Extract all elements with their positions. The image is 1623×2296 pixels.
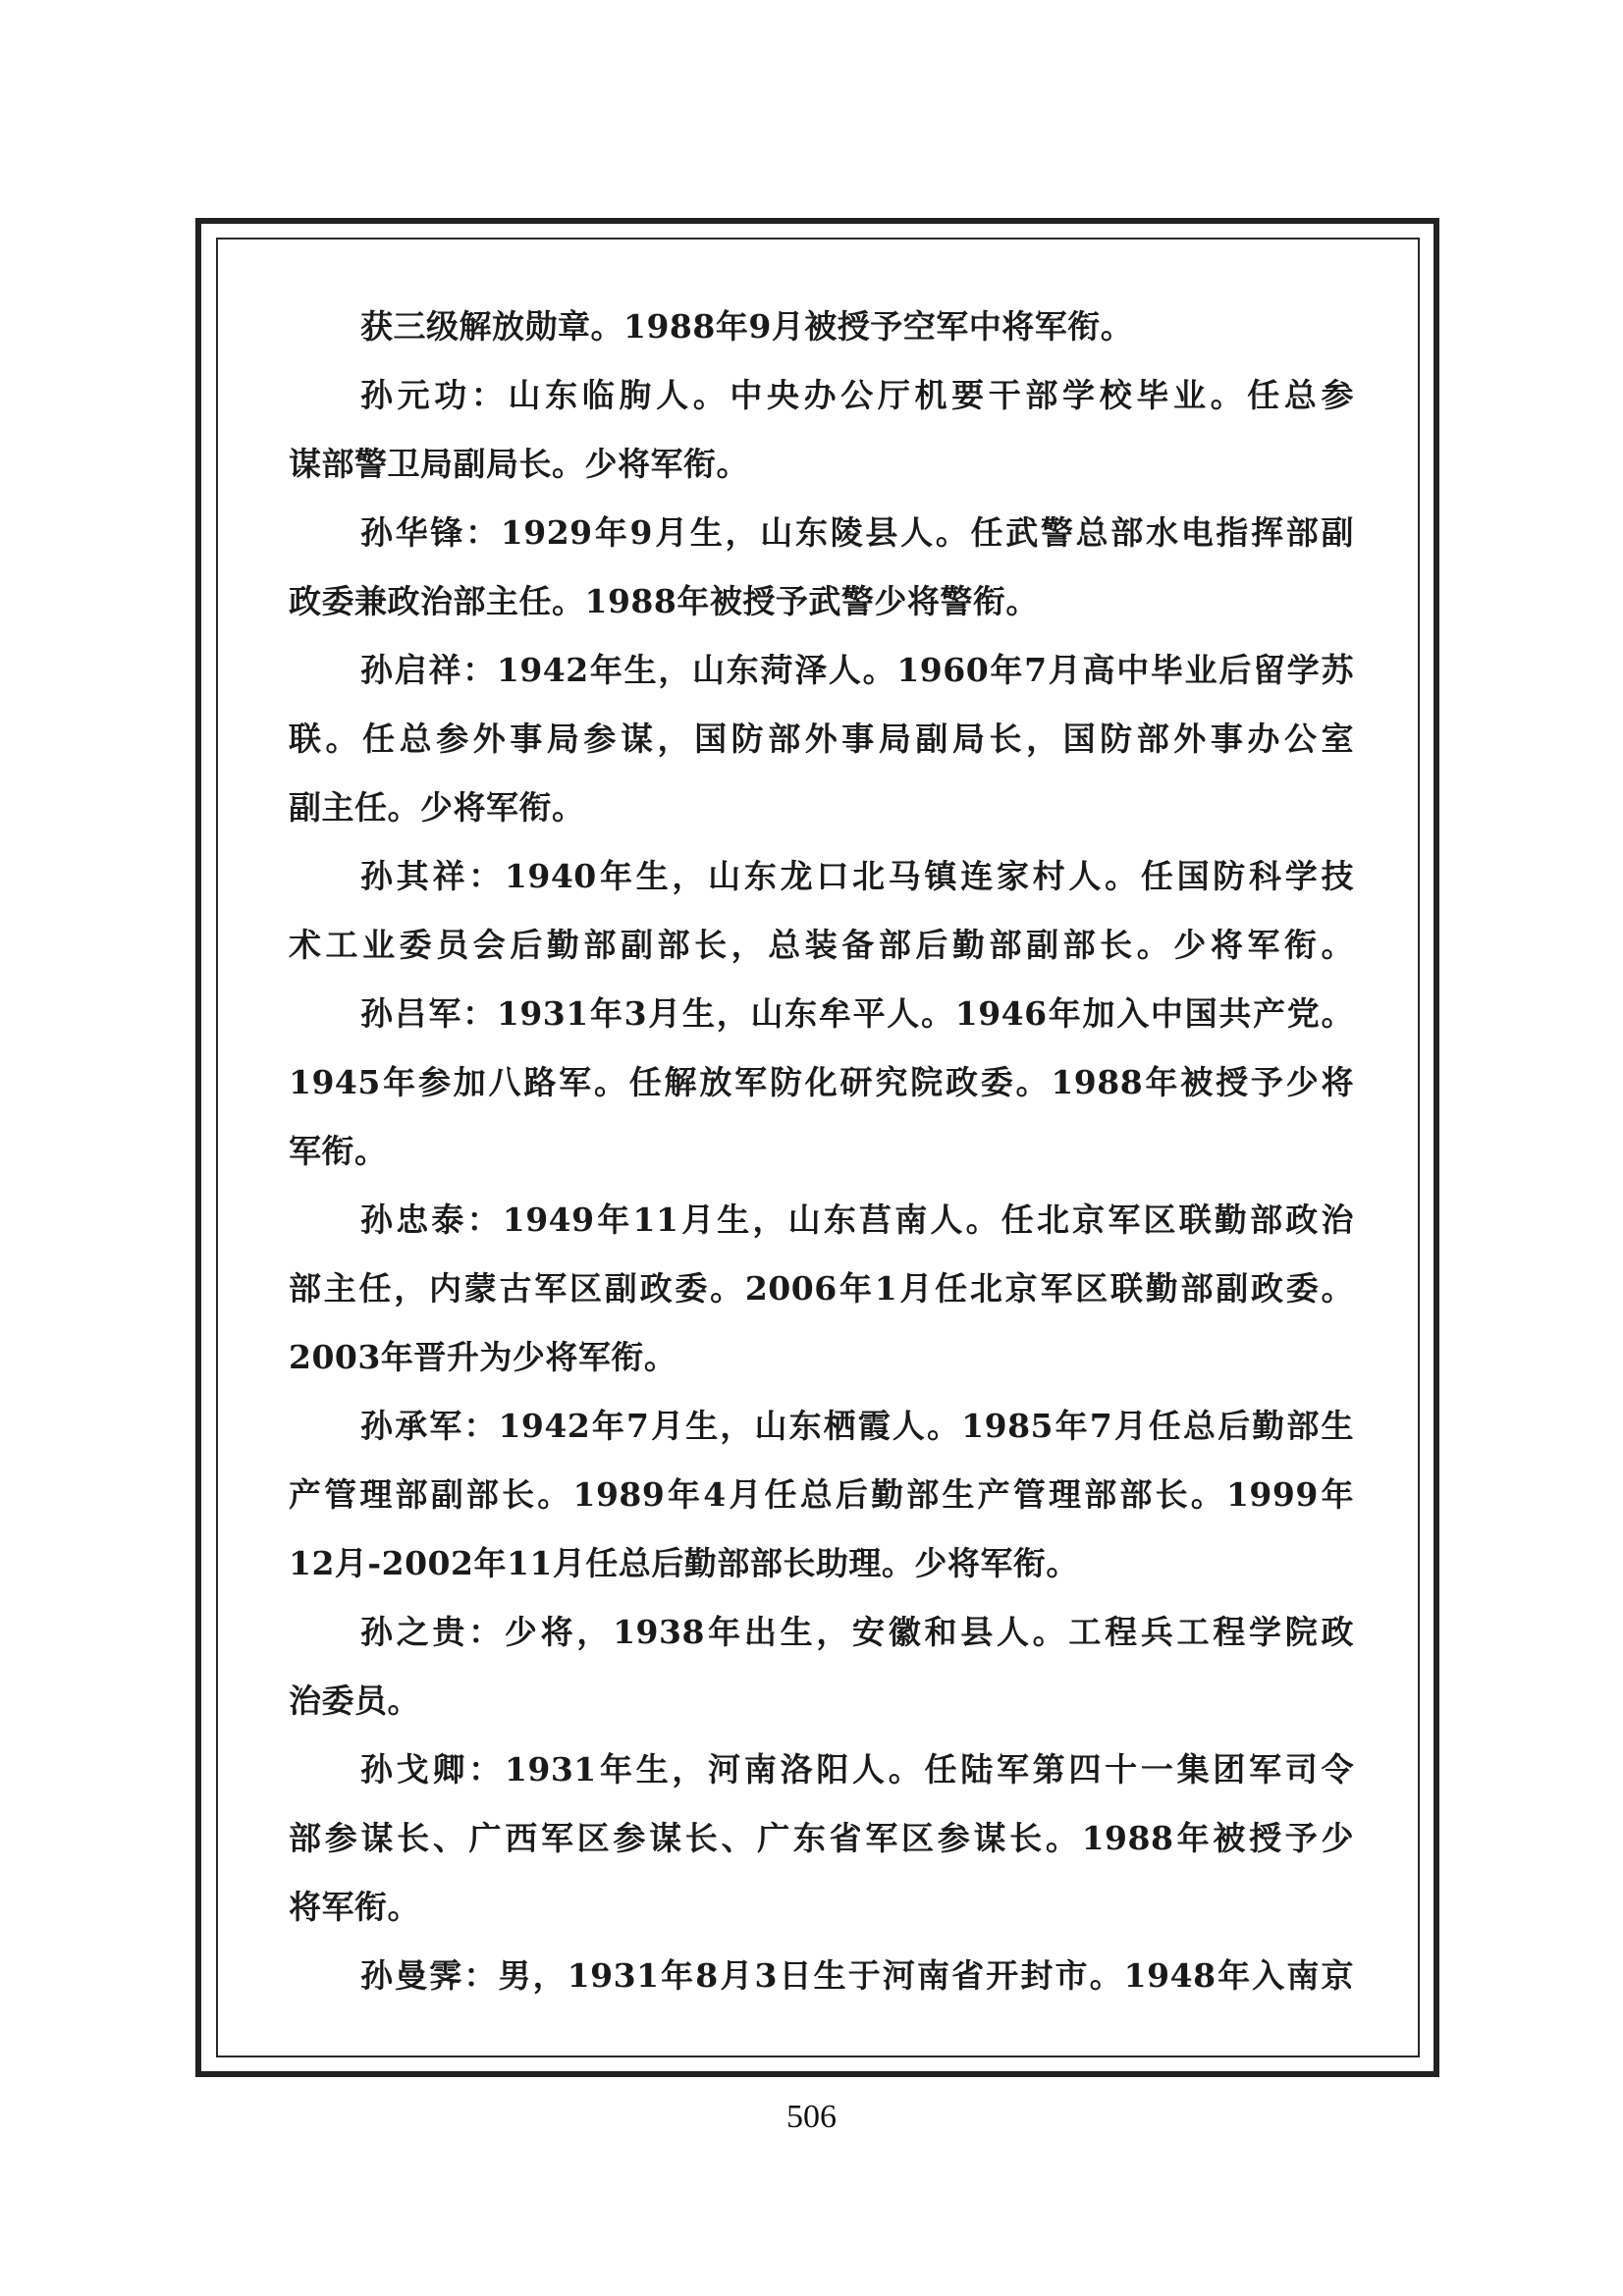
line-text: 部参谋长、广西军区参谋长、广东省军区参谋长。1988年被授予少 <box>289 1804 1354 1873</box>
text-line: 12月-2002年11月任总后勤部部长助理。少将军衔。 <box>289 1529 1354 1598</box>
line-text: 孙承军：1942年7月生，山东栖霞人。1985年7月任总后勤部生 <box>360 1392 1354 1461</box>
text-line: 治委员。 <box>289 1667 1354 1735</box>
line-text: 孙忠泰：1949年11月生，山东莒南人。任北京军区联勤部政治 <box>360 1186 1354 1255</box>
text-line: 孙元功：山东临朐人。中央办公厅机要干部学校毕业。任总参 <box>289 361 1354 430</box>
line-text: 孙曼霁：男，1931年8月3日生于河南省开封市。1948年入南京 <box>360 1942 1354 2010</box>
paragraph-continuation: 获三级解放勋章。1988年9月被授予空军中将军衔。 <box>289 293 1354 361</box>
line-text: 部主任，内蒙古军区副政委。2006年1月任北京军区联勤部副政委。 <box>289 1255 1354 1323</box>
line-text: 孙启祥：1942年生，山东菏泽人。1960年7月高中毕业后留学苏 <box>360 636 1354 705</box>
text-line: 术工业委员会后勤部副部长，总装备部后勤部副部长。少将军衔。 <box>289 911 1354 980</box>
line-text: 谋部警卫局副局长。少将军衔。 <box>289 430 1354 499</box>
text-line: 部主任，内蒙古军区副政委。2006年1月任北京军区联勤部副政委。 <box>289 1255 1354 1323</box>
line-text: 孙华锋：1929年9月生，山东陵县人。任武警总部水电指挥部副 <box>360 499 1354 567</box>
text-line: 2003年晋升为少将军衔。 <box>289 1323 1354 1392</box>
line-text: 12月-2002年11月任总后勤部部长助理。少将军衔。 <box>289 1529 1354 1598</box>
biography-text-block: 获三级解放勋章。1988年9月被授予空军中将军衔。 孙元功：山东临朐人。中央办公… <box>289 293 1354 2010</box>
line-text: 军衔。 <box>289 1117 1354 1186</box>
line-text: 获三级解放勋章。1988年9月被授予空军中将军衔。 <box>360 293 1354 361</box>
text-line: 政委兼政治部主任。1988年被授予武警少将警衔。 <box>289 567 1354 636</box>
text-line: 孙之贵：少将，1938年出生，安徽和县人。工程兵工程学院政 <box>289 1598 1354 1667</box>
entry-sun-huafeng: 孙华锋：1929年9月生，山东陵县人。任武警总部水电指挥部副 政委兼政治部主任。… <box>289 499 1354 636</box>
text-line: 谋部警卫局副局长。少将军衔。 <box>289 430 1354 499</box>
text-line: 产管理部副部长。1989年4月任总后勤部生产管理部部长。1999年 <box>289 1461 1354 1529</box>
text-line: 孙忠泰：1949年11月生，山东莒南人。任北京军区联勤部政治 <box>289 1186 1354 1255</box>
text-line: 孙曼霁：男，1931年8月3日生于河南省开封市。1948年入南京 <box>289 1942 1354 2010</box>
line-text: 联。任总参外事局参谋，国防部外事局副局长，国防部外事办公室 <box>289 705 1354 774</box>
text-line: 孙华锋：1929年9月生，山东陵县人。任武警总部水电指挥部副 <box>289 499 1354 567</box>
text-line: 孙戈卿：1931年生，河南洛阳人。任陆军第四十一集团军司令 <box>289 1735 1354 1804</box>
line-text: 将军衔。 <box>289 1873 1354 1942</box>
line-text: 政委兼政治部主任。1988年被授予武警少将警衔。 <box>289 567 1354 636</box>
text-line: 孙吕军：1931年3月生，山东牟平人。1946年加入中国共产党。 <box>289 980 1354 1048</box>
line-text: 孙之贵：少将，1938年出生，安徽和县人。工程兵工程学院政 <box>360 1598 1354 1667</box>
entry-sun-lyujun: 孙吕军：1931年3月生，山东牟平人。1946年加入中国共产党。 1945年参加… <box>289 980 1354 1186</box>
page-number: 506 <box>0 2099 1623 2136</box>
text-line: 孙启祥：1942年生，山东菏泽人。1960年7月高中毕业后留学苏 <box>289 636 1354 705</box>
line-text: 术工业委员会后勤部副部长，总装备部后勤部副部长。少将军衔。 <box>289 911 1354 980</box>
line-text: 1945年参加八路军。任解放军防化研究院政委。1988年被授予少将 <box>289 1048 1354 1117</box>
line-text: 孙吕军：1931年3月生，山东牟平人。1946年加入中国共产党。 <box>360 980 1354 1048</box>
entry-sun-manji: 孙曼霁：男，1931年8月3日生于河南省开封市。1948年入南京 <box>289 1942 1354 2010</box>
line-text: 治委员。 <box>289 1667 1354 1735</box>
text-line: 军衔。 <box>289 1117 1354 1186</box>
text-line: 1945年参加八路军。任解放军防化研究院政委。1988年被授予少将 <box>289 1048 1354 1117</box>
entry-sun-yuangong: 孙元功：山东临朐人。中央办公厅机要干部学校毕业。任总参 谋部警卫局副局长。少将军… <box>289 361 1354 499</box>
line-text: 副主任。少将军衔。 <box>289 774 1354 842</box>
entry-sun-zhigui: 孙之贵：少将，1938年出生，安徽和县人。工程兵工程学院政 治委员。 <box>289 1598 1354 1735</box>
line-text: 孙戈卿：1931年生，河南洛阳人。任陆军第四十一集团军司令 <box>360 1735 1354 1804</box>
entry-sun-qixiang-2: 孙其祥：1940年生，山东龙口北马镇连家村人。任国防科学技 术工业委员会后勤部副… <box>289 842 1354 980</box>
text-line: 孙承军：1942年7月生，山东栖霞人。1985年7月任总后勤部生 <box>289 1392 1354 1461</box>
entry-sun-chengjun: 孙承军：1942年7月生，山东栖霞人。1985年7月任总后勤部生 产管理部副部长… <box>289 1392 1354 1598</box>
line-text: 产管理部副部长。1989年4月任总后勤部生产管理部部长。1999年 <box>289 1461 1354 1529</box>
entry-sun-zhongtai: 孙忠泰：1949年11月生，山东莒南人。任北京军区联勤部政治 部主任，内蒙古军区… <box>289 1186 1354 1392</box>
text-line: 联。任总参外事局参谋，国防部外事局副局长，国防部外事办公室 <box>289 705 1354 774</box>
line-text: 2003年晋升为少将军衔。 <box>289 1323 1354 1392</box>
text-line: 获三级解放勋章。1988年9月被授予空军中将军衔。 <box>289 293 1354 361</box>
line-text: 孙其祥：1940年生，山东龙口北马镇连家村人。任国防科学技 <box>360 842 1354 911</box>
entry-sun-qixiang-1: 孙启祥：1942年生，山东菏泽人。1960年7月高中毕业后留学苏 联。任总参外事… <box>289 636 1354 842</box>
line-text: 孙元功：山东临朐人。中央办公厅机要干部学校毕业。任总参 <box>360 361 1354 430</box>
text-line: 副主任。少将军衔。 <box>289 774 1354 842</box>
text-line: 部参谋长、广西军区参谋长、广东省军区参谋长。1988年被授予少 <box>289 1804 1354 1873</box>
entry-sun-geqing: 孙戈卿：1931年生，河南洛阳人。任陆军第四十一集团军司令 部参谋长、广西军区参… <box>289 1735 1354 1942</box>
text-line: 孙其祥：1940年生，山东龙口北马镇连家村人。任国防科学技 <box>289 842 1354 911</box>
text-line: 将军衔。 <box>289 1873 1354 1942</box>
